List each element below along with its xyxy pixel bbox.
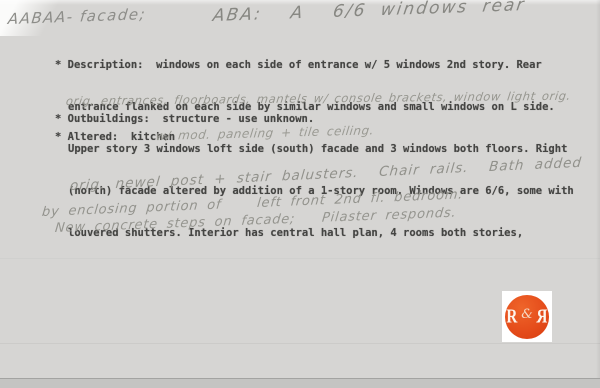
rr-watermark-logo: R & R — [502, 291, 552, 342]
rr-logo-circle: R & R — [505, 295, 549, 339]
scanned-survey-card: AABAA- facade; ABA: A 6/6 windows rear *… — [0, 0, 600, 388]
background-below-card — [0, 379, 600, 388]
rr-logo-letter-left: R — [507, 307, 518, 327]
rr-logo-letter-right: R — [536, 307, 547, 327]
paper-streak — [0, 343, 600, 344]
description-line: * Description: windows on each side of e… — [68, 58, 574, 72]
paper-right-shade — [596, 0, 600, 388]
typed-outbuildings-line: * Outbuildings: structure - use unknown. — [55, 112, 314, 126]
handwritten-window-code: ABA: A 6/6 windows rear — [212, 0, 527, 26]
handwritten-facade-code: AABAA- facade; — [7, 5, 147, 28]
description-line: Upper story 3 windows loft side (south) … — [68, 142, 574, 156]
rr-logo-ampersand: & — [521, 308, 533, 321]
